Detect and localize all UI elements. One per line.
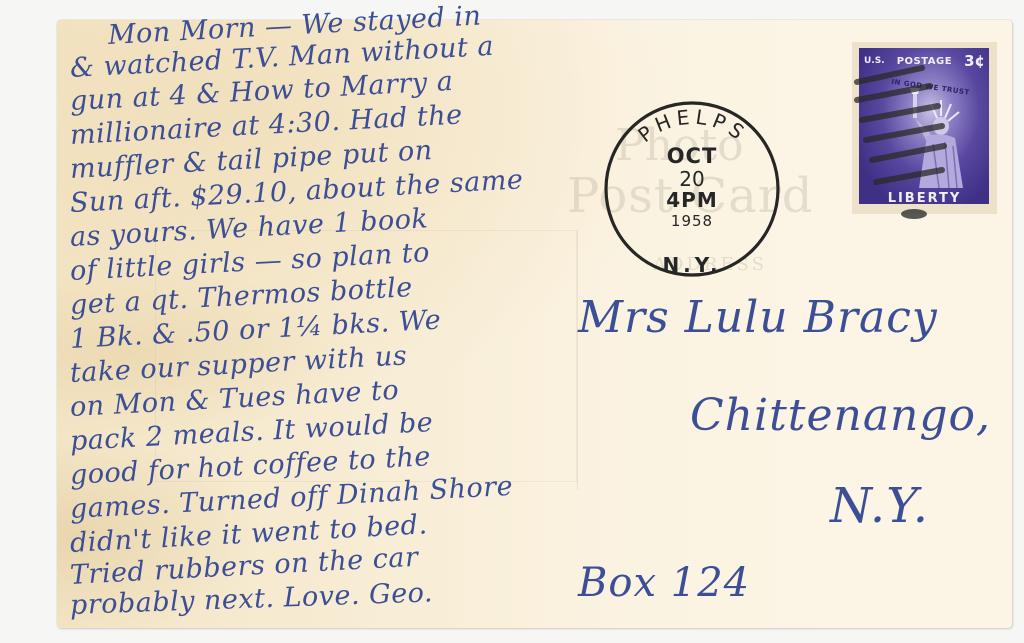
postmark-month: OCT xyxy=(603,144,781,168)
svg-text:PHELPS: PHELPS xyxy=(633,105,752,148)
recipient-state: N.Y. xyxy=(830,478,929,534)
postmark-time: 4PM xyxy=(603,188,781,212)
postmark-town: PHELPS xyxy=(633,105,752,148)
postage-stamp: IN GOD WE TRUST U.S. POSTAGE 3¢ LIBERTY xyxy=(852,42,997,214)
recipient-name: Mrs Lulu Bracy xyxy=(578,292,938,343)
recipient-city: Chittenango, xyxy=(690,390,991,441)
cancellation-bars-icon xyxy=(852,42,997,214)
postmark: PHELPS N.Y. OCT 20 4PM 1958 xyxy=(603,100,781,278)
postmark-state: N.Y. xyxy=(662,253,721,277)
preprinted-divider xyxy=(577,230,578,490)
postmark-year: 1958 xyxy=(603,212,781,230)
recipient-box: Box 124 xyxy=(578,560,750,606)
ink-blot-icon xyxy=(900,208,928,220)
